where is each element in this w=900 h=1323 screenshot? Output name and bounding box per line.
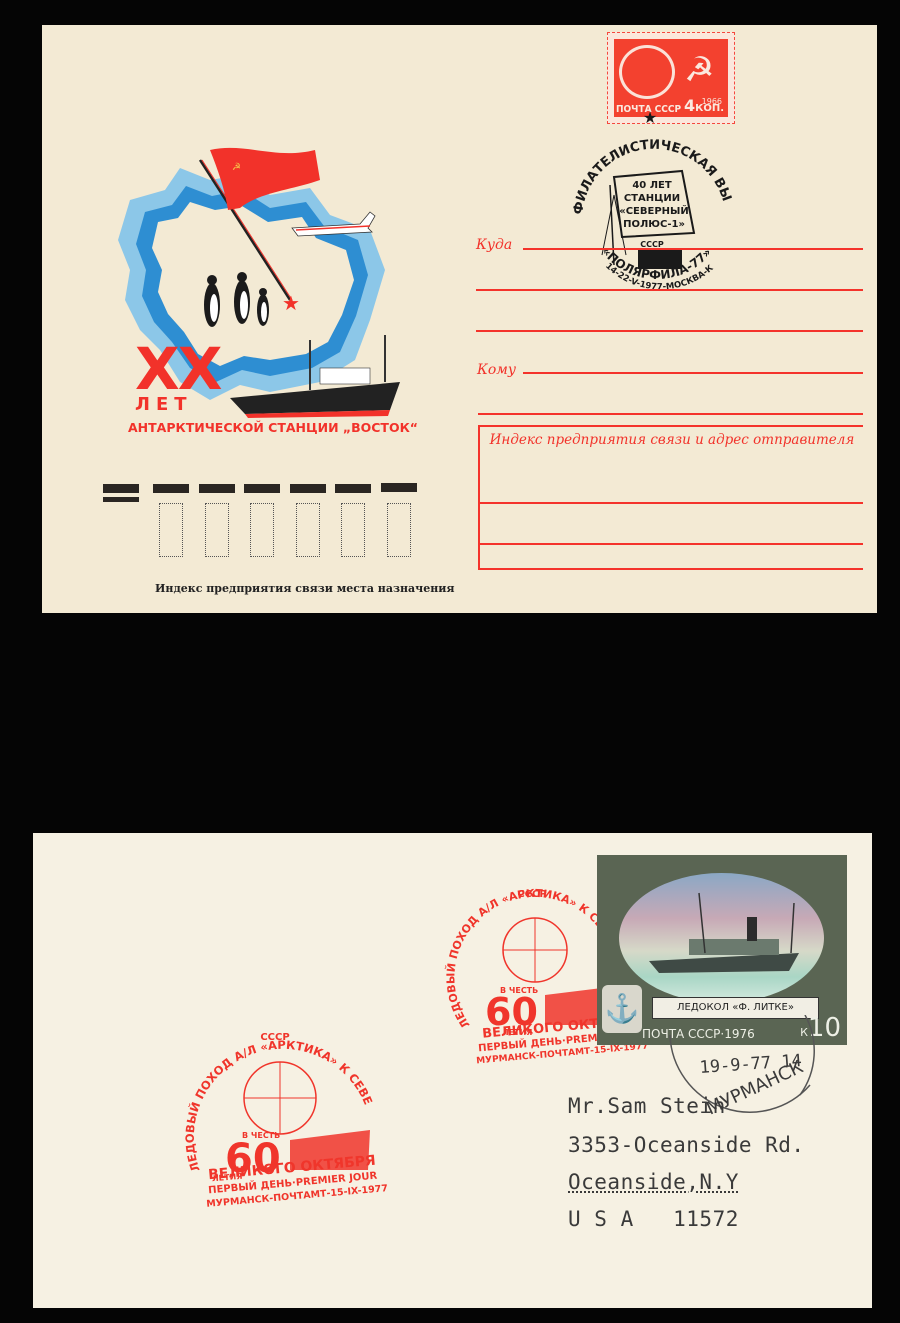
svg-text:«СЕВЕРНЫЙ: «СЕВЕРНЫЙ: [619, 204, 689, 217]
sender-line: [480, 543, 863, 545]
to-whom-label: Кому: [477, 362, 516, 378]
address-line: [523, 372, 863, 374]
anniversary-number: XX: [135, 340, 220, 398]
svg-text:СССР: СССР: [260, 1032, 289, 1043]
postmark-polarphila-77: ФИЛАТЕЛИСТИЧЕСКАЯ ВЫСТАВКА «ПОЛЯРФИЛА-77…: [552, 105, 752, 295]
sender-box-caption: Индекс предприятия связи и адрес отправи…: [482, 430, 862, 450]
sender-box-bottom: [478, 568, 863, 570]
anchor-emblem-icon: ⚓: [602, 985, 642, 1033]
address-line-name: Mr.Sam Stein: [568, 1094, 726, 1118]
svg-text:СТАНЦИИ: СТАНЦИИ: [624, 193, 680, 204]
station-title: АНТАРКТИЧЕСКОЙ СТАНЦИИ „ВОСТОК“: [128, 420, 418, 435]
sender-box-top: [478, 425, 863, 427]
to-where-label: Куда: [476, 237, 512, 253]
ussr-coat-of-arms-icon: [619, 45, 675, 99]
address-line: [476, 289, 863, 291]
red-star-icon: ★: [282, 291, 300, 315]
svg-text:40 ЛЕТ: 40 ЛЕТ: [632, 180, 672, 191]
hammer-sickle-icon: ☭: [684, 53, 714, 87]
sender-box-left: [478, 425, 480, 570]
address-line-city: Oceanside,N.Y: [568, 1170, 739, 1194]
sender-line: [480, 502, 863, 504]
icebreaker-painting: [619, 873, 824, 1003]
address-line: [523, 248, 863, 250]
antarctica-illustration: ☭ ★: [70, 120, 400, 420]
address-line-street: 3353-Oceanside Rd.: [568, 1133, 805, 1157]
svg-text:ПОЛЮС-1»: ПОЛЮС-1»: [623, 219, 685, 230]
address-line-country-zip: U S A 11572: [568, 1207, 739, 1231]
star-icon: ★: [643, 108, 657, 127]
address-line: [476, 330, 863, 332]
address-line: [478, 413, 863, 415]
postal-code-caption: Индекс предприятия связи места назначени…: [155, 582, 455, 595]
svg-text:СССР: СССР: [517, 889, 546, 900]
hammer-sickle-icon: ☭: [232, 162, 241, 173]
anniversary-word: ЛЕТ: [135, 394, 193, 415]
